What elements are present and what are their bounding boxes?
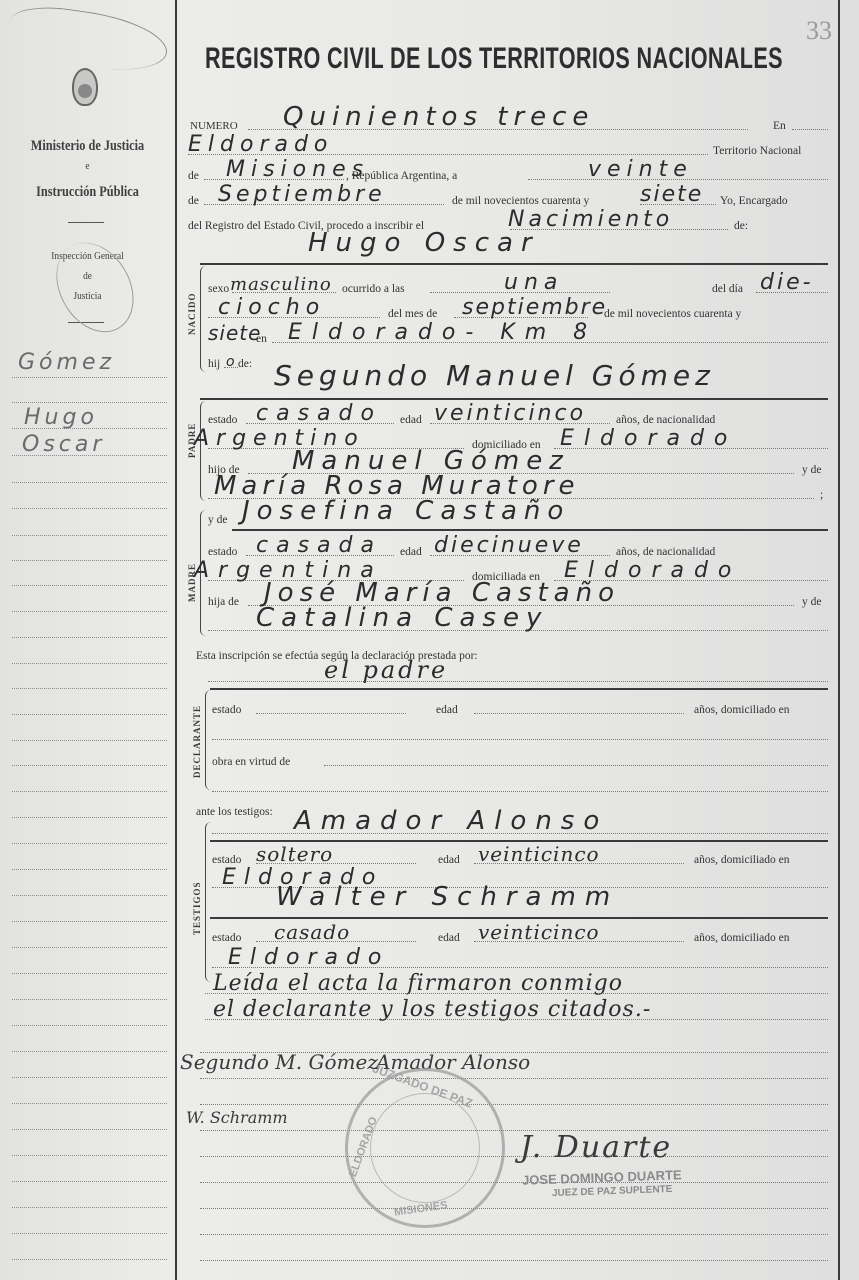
child-name-value: Hugo Oscar: [308, 228, 540, 258]
edad-label: edad: [436, 704, 458, 716]
stub-rule: [68, 222, 104, 223]
closing-row-1: Leída el acta la firmaron conmigo: [205, 972, 828, 998]
witness1-edad-value: veinticinco: [478, 842, 600, 866]
dotted-fill: [324, 765, 828, 766]
declarant-value: el padre: [324, 656, 448, 684]
judge-title-stamp: JUEZ DE PAZ SUPLENTE: [552, 1184, 673, 1199]
stub-line: [12, 1233, 167, 1234]
section-rule: [210, 688, 828, 690]
birth-certificate-page: Ministerio de Justicia e Instrucción Púb…: [0, 0, 859, 1280]
signature-line: [200, 1104, 828, 1105]
witness2-name-row: Walter Schramm: [212, 888, 828, 914]
witness2-domicilio-row: Eldorado: [212, 946, 828, 972]
ink-scribble: [5, 1, 171, 78]
numero-value: Quinientos trece: [283, 102, 594, 132]
witness1-name-value: Amador Alonso: [294, 806, 608, 836]
stub-given-name-1: Hugo: [24, 405, 98, 430]
dotted-fill: [474, 713, 684, 714]
ink-loop: [41, 229, 149, 346]
stub-line: [12, 1103, 167, 1104]
closing-line-1: Leída el acta la firmaron conmigo: [213, 971, 623, 996]
declarante-estado-row: estado edad años, domiciliado en: [212, 692, 828, 718]
month-value: Septiembre: [218, 182, 386, 207]
de-colon-label: de:: [734, 220, 748, 232]
de-label: de: [188, 170, 199, 182]
father-estado-value: casado: [256, 401, 382, 426]
birth-year-label: de mil novecientos cuarenta y: [604, 308, 741, 320]
witness2-estado-row: estado casado edad veinticinco años, dom…: [212, 920, 828, 946]
sexo-row: sexo masculino ocurrido a las una del dí…: [208, 271, 828, 297]
declarante-blank-row: [212, 770, 828, 796]
mother-estado-value: casada: [256, 533, 382, 558]
testigos-bracket: [205, 822, 211, 982]
birth-place-value: Eldorado- Km 8: [288, 320, 597, 345]
stub-line: [12, 663, 167, 664]
form-title: REGISTRO CIVIL DE LOS TERRITORIOS NACION…: [205, 42, 644, 76]
left-stub: Ministerio de Justicia e Instrucción Púb…: [0, 0, 175, 1280]
numero-label: NUMERO: [190, 120, 238, 132]
nacido-section-label: NACIDO: [187, 292, 197, 335]
signature-witness2: W. Schramm: [186, 1108, 288, 1127]
year-label: de mil novecientos cuarenta y: [452, 195, 589, 207]
witness2-name-value: Walter Schramm: [276, 882, 619, 912]
madre-madre-row: Catalina Casey: [208, 609, 828, 635]
republica-label: , República Argentina, a: [346, 170, 457, 182]
stub-line: [12, 455, 167, 456]
page-edge-rule: [838, 0, 840, 1280]
witness2-estado-value: casado: [274, 920, 350, 944]
section-rule: [200, 398, 828, 400]
signature-line: [200, 1130, 828, 1131]
stub-line: [12, 585, 167, 586]
semicolon: ;: [820, 489, 823, 501]
nacionalidad-label: años, de nacionalidad: [616, 546, 715, 558]
y-de-label: y de: [802, 596, 821, 608]
dotted-fill: [212, 739, 828, 740]
stub-line: [12, 535, 167, 536]
dotted-fill: [208, 681, 828, 682]
court-seal: JUZGADO DE PAZ ELDORADO MISIONES: [345, 1068, 505, 1228]
stub-line: [12, 688, 167, 689]
birth-month-value: septiembre: [462, 295, 607, 320]
stub-line: [12, 1129, 167, 1130]
signature-judge: J. Duarte: [520, 1130, 672, 1165]
stub-line: [12, 869, 167, 870]
edad-label: edad: [400, 414, 422, 426]
stub-line: [12, 973, 167, 974]
en-label: en: [256, 333, 267, 345]
section-rule: [232, 529, 828, 531]
year-value: siete: [640, 182, 703, 207]
domicilio-label: años, domiciliado en: [694, 854, 790, 866]
declarante-section-label: DECLARANTE: [192, 705, 202, 778]
edad-label: edad: [438, 932, 460, 944]
stub-line: [12, 377, 167, 378]
witness2-edad-value: veinticinco: [478, 920, 600, 944]
signature-line: [200, 1234, 828, 1235]
stub-line: [12, 1051, 167, 1052]
numero-row: NUMERO Quinientos trece En: [188, 108, 828, 134]
del-dia-label: del día: [712, 283, 743, 295]
stub-surname: Gómez: [18, 350, 115, 375]
stub-line: [12, 714, 167, 715]
stub-line: [12, 611, 167, 612]
declarante-bracket: [205, 690, 211, 790]
madre-name-row: y de Josefina Castaño: [208, 502, 828, 528]
place-value: Eldorado: [188, 132, 333, 157]
edad-label: edad: [400, 546, 422, 558]
stub-line: [12, 1181, 167, 1182]
signature-father: Segundo M. Gómez: [180, 1050, 378, 1074]
stub-line: [12, 1259, 167, 1260]
folio-number: 33: [806, 16, 832, 46]
day-value-part1: die-: [760, 270, 814, 295]
maternal-grandmother-value: Catalina Casey: [256, 603, 548, 633]
witness1-estado-value: soltero: [256, 842, 333, 866]
domicilio-label: años, domiciliado en: [694, 704, 790, 716]
stub-line: [12, 637, 167, 638]
closing-row-2: el declarante y los testigos citados.-: [205, 998, 828, 1024]
dia-row: ciocho del mes de septiembre de mil nove…: [208, 296, 828, 322]
seal-bottom-text: MISIONES: [393, 1199, 448, 1218]
signature-line: [200, 1208, 828, 1209]
sexo-value: masculino: [230, 274, 332, 295]
stub-line: [12, 1155, 167, 1156]
father-domicilio-value: Eldorado: [560, 426, 737, 451]
dotted-fill: [212, 791, 828, 792]
stub-line: [12, 482, 167, 483]
y-de-label: y de: [802, 464, 821, 476]
territorio-label: Territorio Nacional: [713, 145, 801, 157]
day-value: veinte: [588, 157, 693, 182]
estado-label: estado: [208, 546, 237, 558]
closing-line-2: el declarante y los testigos citados.-: [213, 997, 651, 1022]
day-value-part2: ciocho: [218, 295, 325, 320]
padre-estado-row: estado casado edad veinticinco años, de …: [208, 402, 828, 428]
padre-name-row: Segundo Manuel Gómez: [188, 368, 828, 394]
encargado-label: Yo, Encargado: [720, 195, 788, 207]
dotted-fill: [792, 129, 828, 130]
edad-label: edad: [438, 854, 460, 866]
signature-line: [200, 1156, 828, 1157]
month-row: de Septiembre de mil novecientos cuarent…: [188, 183, 828, 209]
sexo-label: sexo: [208, 283, 229, 295]
lugar-row: siete en Eldorado- Km 8: [208, 321, 828, 347]
signature-line: [200, 1182, 828, 1183]
section-rule: [200, 263, 828, 265]
stub-line: [12, 402, 167, 403]
stub-line: [12, 947, 167, 948]
stub-line: [12, 895, 167, 896]
stub-line: [12, 921, 167, 922]
section-rule: [210, 917, 828, 919]
birth-year-value: siete: [208, 321, 261, 345]
signature-line: [200, 1078, 828, 1079]
stub-line: [12, 428, 167, 429]
dotted-fill: [256, 713, 406, 714]
stub-line: [12, 508, 167, 509]
mother-edad-value: diecinueve: [434, 533, 584, 558]
place-row: Eldorado Territorio Nacional: [188, 133, 828, 159]
stub-line: [12, 1025, 167, 1026]
ministry-line1: Ministerio de Justicia: [16, 138, 160, 155]
father-name-value: Segundo Manuel Gómez: [274, 359, 715, 392]
nacido-bracket: [200, 266, 206, 372]
signature-line: [200, 1260, 828, 1261]
ocurrido-label: ocurrido a las: [342, 283, 405, 295]
stub-given-name-2: Oscar: [22, 432, 105, 457]
declarante-domicilio-row: [212, 718, 828, 744]
declarante-value-row: el padre: [188, 660, 828, 686]
stub-line: [12, 560, 167, 561]
nacido-name-row: Hugo Oscar: [188, 234, 828, 260]
mother-name-value: Josefina Castaño: [242, 496, 570, 526]
stub-line: [12, 843, 167, 844]
witness1-name-row: Amador Alonso: [212, 812, 828, 838]
stub-line: [12, 740, 167, 741]
de-label-2: de: [188, 195, 199, 207]
stub-line: [12, 791, 167, 792]
declarante-obra-row: obra en virtud de: [212, 744, 828, 770]
stub-line: [12, 999, 167, 1000]
testigos-section-label: TESTIGOS: [192, 881, 202, 935]
ministry-line2: Instrucción Pública: [16, 184, 160, 201]
en-label: En: [773, 120, 786, 132]
hija-de-label: hija de: [208, 596, 239, 608]
stub-line: [12, 1077, 167, 1078]
padre-bracket: [200, 401, 206, 501]
coat-of-arms-icon: [72, 68, 98, 106]
madre-estado-row: estado casada edad diecinueve años, de n…: [208, 534, 828, 560]
nacionalidad-label: años, de nacionalidad: [616, 414, 715, 426]
estado-label: estado: [208, 414, 237, 426]
obra-label: obra en virtud de: [212, 756, 290, 768]
witness2-domicilio-value: Eldorado: [228, 945, 389, 970]
mes-label: del mes de: [388, 308, 437, 320]
stub-line: [12, 1207, 167, 1208]
father-edad-value: veinticinco: [434, 401, 586, 426]
stub-line: [12, 765, 167, 766]
domicilio-label: años, domiciliado en: [694, 932, 790, 944]
seal-inner-ring: [370, 1093, 480, 1203]
estado-label: estado: [212, 932, 241, 944]
territory-row: de Misiones , República Argentina, a vei…: [188, 158, 828, 184]
stub-line: [12, 817, 167, 818]
y-de-label: y de: [208, 514, 227, 526]
estado-label: estado: [212, 704, 241, 716]
ministry-conj: e: [13, 160, 162, 172]
stub-divider: [175, 0, 177, 1280]
hour-value: una: [504, 270, 563, 295]
